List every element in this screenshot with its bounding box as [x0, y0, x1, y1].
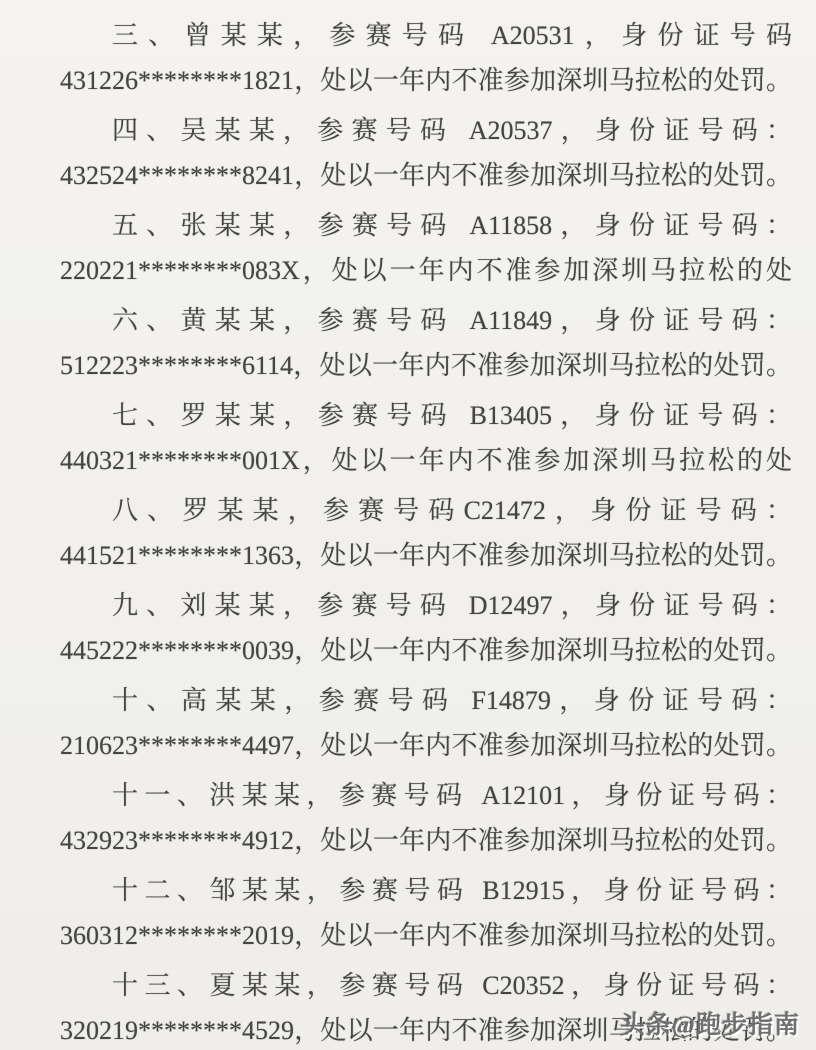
entry-header-line: 七、罗某某，参赛号码 B13405，身份证号码： [60, 393, 792, 438]
entry-header-line: 六、黄某某，参赛号码 A11849，身份证号码： [60, 298, 792, 343]
list-entry: 五、张某某，参赛号码 A11858，身份证号码：220221********08… [60, 203, 792, 293]
entry-header-line: 十、高某某，参赛号码 F14879，身份证号码： [60, 678, 792, 723]
list-entry: 四、吴某某，参赛号码 A20537，身份证号码：432524********82… [60, 108, 792, 198]
entry-header-line: 四、吴某某，参赛号码 A20537，身份证号码： [60, 108, 792, 153]
list-entry: 十二、邹某某，参赛号码 B12915，身份证号码：360312********2… [60, 868, 792, 958]
document-page: 三、曾某某，参赛号码 A20531，身份证号码431226********182… [0, 0, 816, 1050]
entry-detail-line: 440321********001X，处以一年内不准参加深圳马拉松的处罚。 [60, 438, 792, 483]
watermark-badge: 头条@跑步指南 [620, 1005, 800, 1041]
entry-header-line: 三、曾某某，参赛号码 A20531，身份证号码 [60, 13, 792, 58]
list-entry: 九、刘某某，参赛号码 D12497，身份证号码：445222********00… [60, 583, 792, 673]
entry-header-line: 十一、洪某某，参赛号码 A12101，身份证号码： [60, 773, 792, 818]
entry-detail-line: 220221********083X，处以一年内不准参加深圳马拉松的处罚。 [60, 248, 792, 293]
list-entry: 十、高某某，参赛号码 F14879，身份证号码：210623********44… [60, 678, 792, 768]
entry-header-line: 八、罗某某，参赛号码C21472，身份证号码： [60, 488, 792, 533]
list-entry: 六、黄某某，参赛号码 A11849，身份证号码：512223********61… [60, 298, 792, 388]
entry-detail-line: 441521********1363，处以一年内不准参加深圳马拉松的处罚。 [60, 533, 792, 578]
list-entry: 七、罗某某，参赛号码 B13405，身份证号码：440321********00… [60, 393, 792, 483]
list-entry: 十一、洪某某，参赛号码 A12101，身份证号码：432923********4… [60, 773, 792, 863]
entry-header-line: 十二、邹某某，参赛号码 B12915，身份证号码： [60, 868, 792, 913]
entry-header-line: 五、张某某，参赛号码 A11858，身份证号码： [60, 203, 792, 248]
entry-header-line: 十三、夏某某，参赛号码 C20352，身份证号码： [60, 963, 792, 1008]
entry-header-line: 九、刘某某，参赛号码 D12497，身份证号码： [60, 583, 792, 628]
list-entry: 八、罗某某，参赛号码C21472，身份证号码：441521********136… [60, 488, 792, 578]
entry-detail-line: 432524********8241，处以一年内不准参加深圳马拉松的处罚。 [60, 153, 792, 198]
entry-detail-line: 445222********0039，处以一年内不准参加深圳马拉松的处罚。 [60, 628, 792, 673]
entry-detail-line: 210623********4497，处以一年内不准参加深圳马拉松的处罚。 [60, 723, 792, 768]
entry-detail-line: 360312********2019，处以一年内不准参加深圳马拉松的处罚。 [60, 913, 792, 958]
entry-detail-line: 431226********1821，处以一年内不准参加深圳马拉松的处罚。 [60, 58, 792, 103]
entry-detail-line: 512223********6114，处以一年内不准参加深圳马拉松的处罚。 [60, 343, 792, 388]
list-entry: 三、曾某某，参赛号码 A20531，身份证号码431226********182… [60, 13, 792, 103]
punishment-list: 三、曾某某，参赛号码 A20531，身份证号码431226********182… [60, 13, 792, 1050]
entry-detail-line: 432923********4912，处以一年内不准参加深圳马拉松的处罚。 [60, 818, 792, 863]
